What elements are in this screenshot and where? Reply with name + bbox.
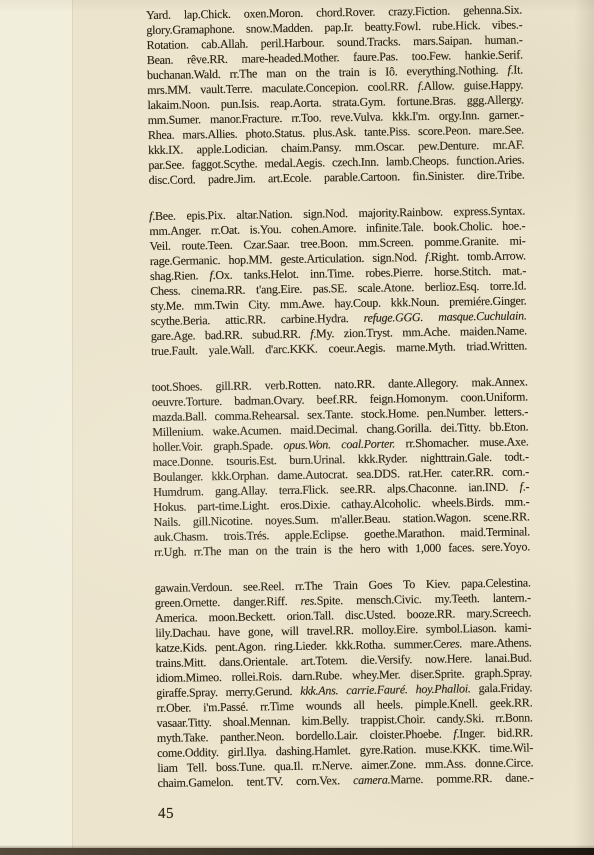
paragraph-1: Yard.lap.Chick.oxen.Moron.chord.Rover.cr… [146, 2, 525, 188]
paragraph-3: toot.Shoes.gill.RR.verb.Rotten.nato.RR.d… [152, 374, 531, 560]
paragraph-2: f.Bee.epis.Pix.altar.Nation.sign.Nod.maj… [149, 203, 527, 359]
page-gutter-margin [0, 0, 73, 855]
scanned-book-page: Yard.lap.Chick.oxen.Moron.chord.Rover.cr… [0, 0, 594, 855]
scan-bottom-edge [0, 848, 594, 855]
text-block: Yard.lap.Chick.oxen.Moron.chord.Rover.cr… [146, 2, 534, 821]
paragraph-4: gawain.Verdoun.see.Reel.rr.TheTrainGoesT… [155, 575, 534, 791]
page-number: 45 [158, 801, 534, 822]
right-edge-shadow [574, 0, 594, 855]
body-text: Yard.lap.Chick.oxen.Moron.chord.Rover.cr… [146, 2, 534, 790]
